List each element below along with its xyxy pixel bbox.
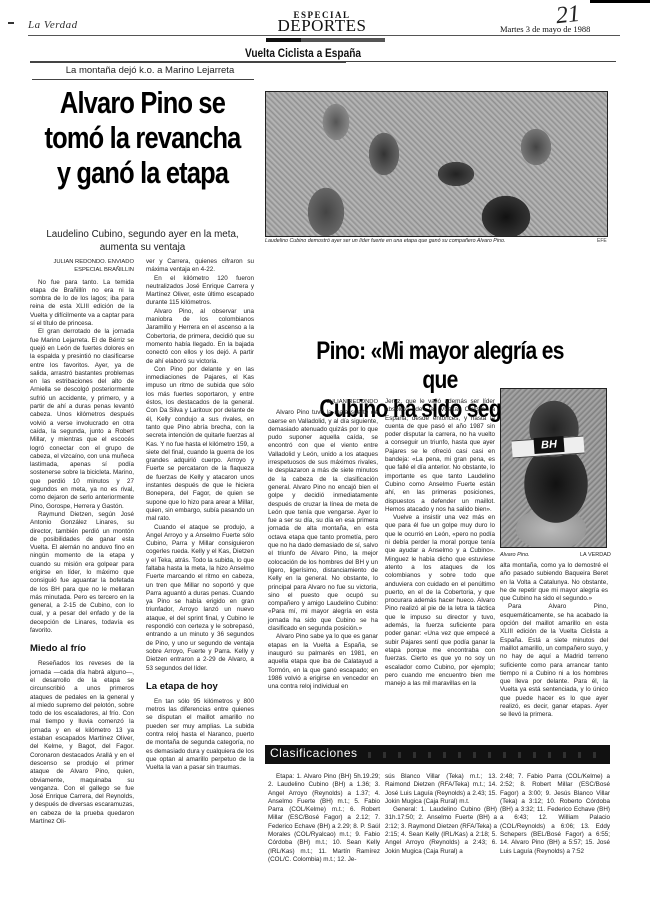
story1-headline: Alvaro Pino se tomó la revancha y ganó l… (42, 85, 243, 190)
story2-column-1: JULIAN REDONDO Alvaro Pino tuvo la mala … (268, 398, 378, 691)
paragraph: Alvaro Pino, al observar una maniobra de… (146, 308, 254, 366)
topic-rule-right (346, 61, 616, 62)
subtitle-miedo-al-frio: Miedo al frío (30, 642, 134, 656)
pino-photo-credit: LA VERDAD (580, 552, 611, 558)
paragraph: Alvaro Pino sabe ya lo que es ganar etap… (268, 633, 378, 691)
general-results: General: 1. Laudelino Cubino (BH) 31h.17… (385, 806, 497, 856)
logo-mark (8, 22, 14, 24)
story1-column-1: JULIAN REDONDO. Enviado especial BRAÑILL… (30, 258, 134, 826)
subhead-line: Laudelino Cubino, segundo ayer en la met… (25, 228, 260, 241)
subtitle-etapa-de-hoy: La etapa de hoy (146, 680, 254, 694)
newspaper-logo: La Verdad (28, 19, 78, 31)
paragraph: Cuando el ataque se produjo, a Angel Arr… (146, 524, 254, 673)
section-title: DEPORTES (258, 16, 386, 36)
top-rule (590, 0, 650, 3)
paragraph: El gran derrotado de la jornada fue Mari… (30, 328, 134, 511)
paragraph: Para Alvaro Pino, esquemáticamente, se h… (500, 603, 608, 719)
story1-kicker: La montaña dejó k.o. a Marino Lejarreta (40, 65, 260, 76)
paragraph: Raymund Dietzen, según José Antonio Gonz… (30, 511, 134, 635)
kicker-rule (32, 79, 254, 80)
clasificaciones-column-1: Etapa: 1. Alvaro Pino (BH) 5h.19.29; 2. … (268, 773, 380, 864)
headline-line: tomó la revancha (42, 120, 243, 155)
paragraph: ver y Carrera, quienes cifraron su máxim… (146, 258, 254, 275)
story2-byline: JULIAN REDONDO (268, 398, 378, 406)
pino-photo-caption: Alvaro Pino. (500, 552, 530, 558)
general-results-cont: 2:48; 7. Fabio Parra (COL/Kelme) a 2:52;… (500, 773, 610, 856)
paragraph: Reseñados los reveses de la jornada —cad… (30, 660, 134, 826)
headline-line: Alvaro Pino se (42, 85, 243, 120)
story2-column-2: Jerez, que le valió además ser líder abs… (385, 398, 495, 688)
etapa-results-cont: sús Blanco Villar (Teka) m.t.; 13. Raimo… (385, 773, 497, 806)
story1-column-2: ver y Carrera, quienes cifraron su máxim… (146, 258, 254, 773)
issue-date: Martes 3 de mayo de 1988 (500, 24, 590, 34)
paragraph: Alvaro Pino tuvo la mala suerte de caers… (268, 409, 378, 633)
headline-line: y ganó la etapa (42, 155, 243, 190)
story1-subhead: Laudelino Cubino, segundo ayer en la met… (25, 228, 260, 254)
topic-rule (30, 61, 346, 63)
photo-credit: EFE (597, 238, 607, 244)
headline-line: Pino: «Mi mayor alegría es que (297, 337, 583, 395)
cyclists-photo (265, 91, 608, 237)
paragraph: En el kilómetro 120 fueron neutralizados… (146, 275, 254, 308)
paragraph: Vuelve a insistir una vez más en que par… (385, 514, 495, 688)
header-rule (28, 35, 620, 36)
section-underbar-light (301, 38, 385, 42)
paragraph: No fue para tanto. La temida etapa de Br… (30, 279, 134, 329)
clasificaciones-column-3: 2:48; 7. Fabio Parra (COL/Kelme) a 2:52;… (500, 773, 610, 856)
clasificaciones-column-2: sús Blanco Villar (Teka) m.t.; 13. Raimo… (385, 773, 497, 856)
paragraph: Con Pino por delante y en las inmediacio… (146, 366, 254, 524)
subhead-line: aumenta su ventaja (25, 241, 260, 254)
paragraph: Jerez, que le valió además ser líder abs… (385, 398, 495, 514)
photo-caption: Laudelino Cubino demostró ayer ser un lí… (265, 238, 608, 244)
paragraph: En tan sólo 95 kilómetros y 800 metros l… (146, 698, 254, 773)
story2-column-3: alta montaña, como ya lo demostré el año… (500, 562, 608, 720)
paragraph: alta montaña, como ya lo demostré el año… (500, 562, 608, 603)
etapa-results: Etapa: 1. Alvaro Pino (BH) 5h.19.29; 2. … (268, 773, 380, 864)
bar-texture (362, 752, 602, 758)
section-underbar (266, 38, 301, 42)
bh-logo: BH (533, 436, 564, 454)
story1-byline: JULIAN REDONDO. Enviado especial BRAÑILL… (30, 258, 134, 275)
topic-label: Vuelta Ciclista a España (245, 48, 361, 60)
alvaro-pino-photo (500, 388, 607, 548)
clasificaciones-title: Clasificaciones (270, 746, 358, 760)
